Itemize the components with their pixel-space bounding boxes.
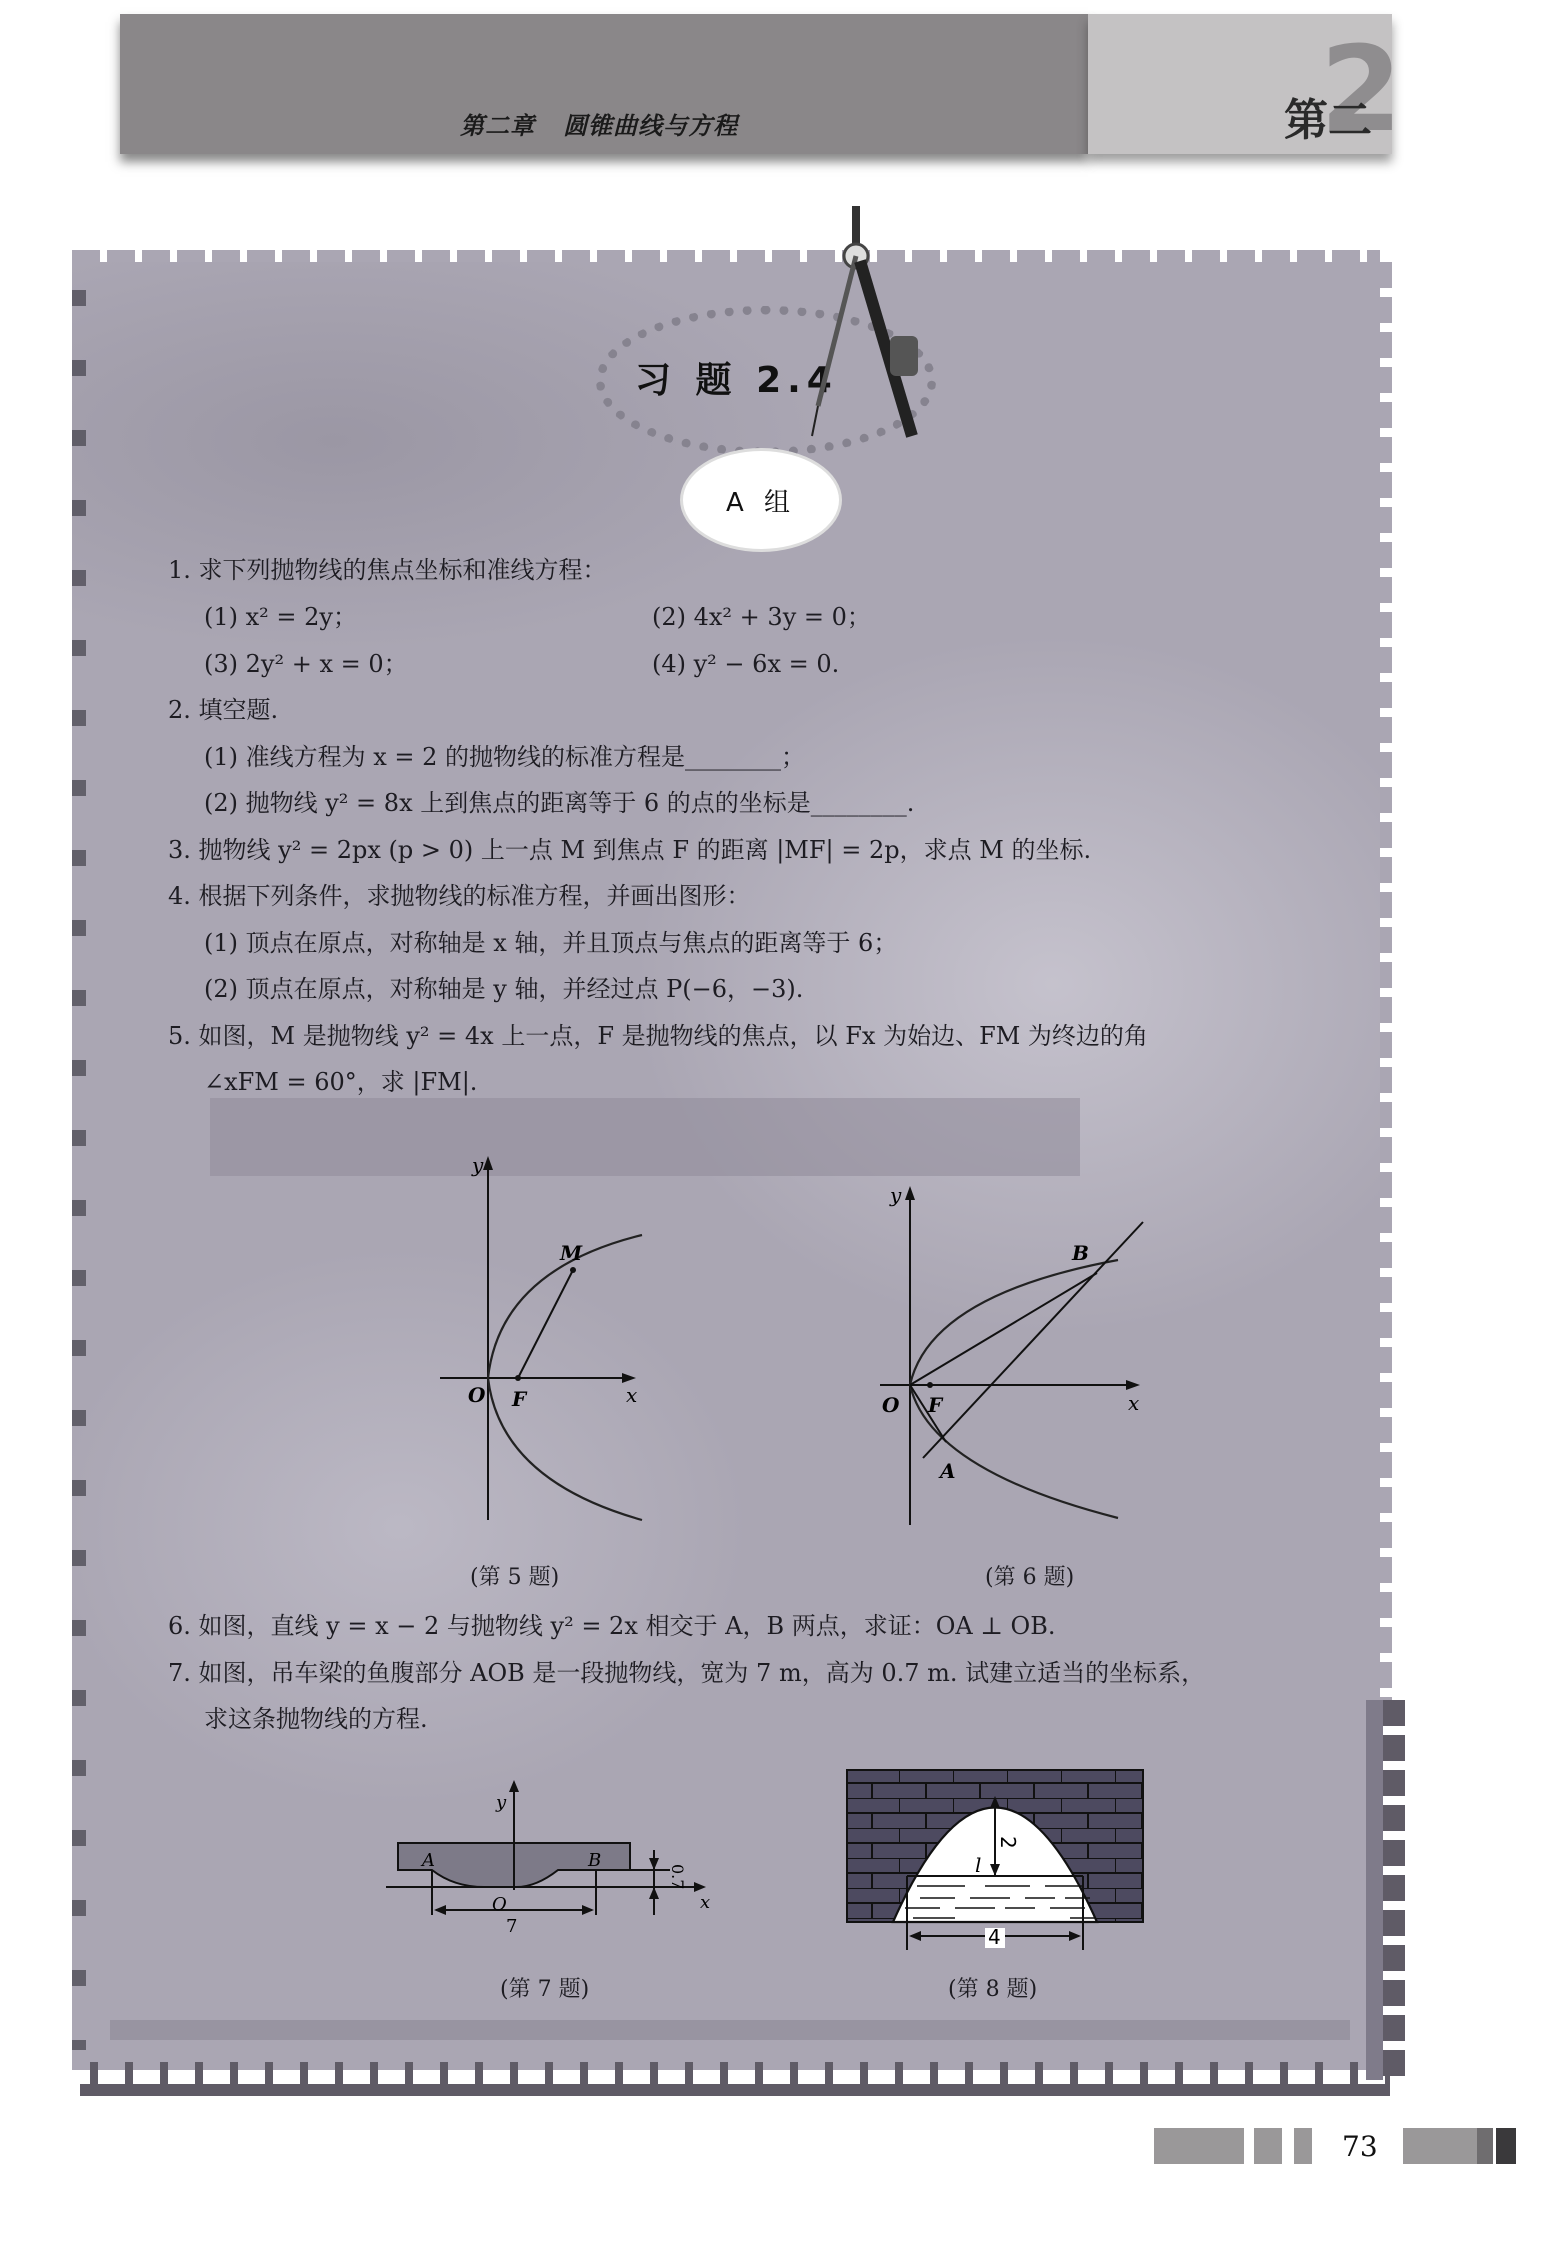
figure-7-caption: (第 7 题) bbox=[500, 1972, 589, 2003]
problem-6-stem: 6. 如图，直线 y = x − 2 与抛物线 y² = 2x 相交于 A，B … bbox=[168, 1614, 1056, 1638]
svg-text:B: B bbox=[1071, 1241, 1089, 1265]
svg-text:B: B bbox=[587, 1850, 601, 1871]
problem-1-stem: 1. 求下列抛物线的焦点坐标和准线方程： bbox=[168, 558, 607, 582]
figure-8-caption: (第 8 题) bbox=[948, 1972, 1037, 2003]
svg-text:2: 2 bbox=[996, 1836, 1020, 1849]
problem-2-part-1: (1) 准线方程为 x = 2 的抛物线的标准方程是________； bbox=[204, 745, 805, 769]
running-title: 第二章 圆锥曲线与方程 bbox=[460, 106, 738, 141]
figure-5-caption: (第 5 题) bbox=[470, 1560, 559, 1591]
panel-edge-top bbox=[72, 250, 1380, 262]
figure-8: l 2 4 bbox=[845, 1768, 1155, 1968]
svg-text:A: A bbox=[938, 1459, 956, 1483]
header-bar: 第二章 圆锥曲线与方程 bbox=[120, 14, 1088, 154]
svg-text:M: M bbox=[559, 1241, 583, 1265]
svg-text:F: F bbox=[511, 1387, 528, 1411]
svg-text:4: 4 bbox=[988, 1925, 1001, 1949]
page-number: 73 bbox=[1342, 2130, 1378, 2163]
panel-edge-bottom-bar bbox=[80, 2084, 1390, 2096]
bleed-through-text bbox=[110, 2020, 1350, 2040]
problem-3-stem: 3. 抛物线 y² = 2px (p > 0) 上一点 M 到焦点 F 的距离 … bbox=[168, 838, 1091, 862]
svg-text:O: O bbox=[882, 1393, 900, 1417]
problem-4-stem: 4. 根据下列条件，求抛物线的标准方程，并画出图形： bbox=[168, 884, 751, 908]
panel-edge-strip bbox=[1366, 1700, 1384, 2080]
problem-5-line-1: 5. 如图，M 是抛物线 y² = 4x 上一点，F 是抛物线的焦点，以 Fx … bbox=[168, 1024, 1148, 1048]
svg-text:x: x bbox=[1128, 1391, 1139, 1415]
problem-2-stem: 2. 填空题. bbox=[168, 698, 278, 722]
problem-5-line-2: ∠xFM = 60°，求 |FM|. bbox=[204, 1070, 477, 1094]
chapter-header: 第二章 圆锥曲线与方程 2 第二章 bbox=[120, 14, 1392, 160]
figure-6-caption: (第 6 题) bbox=[985, 1560, 1074, 1591]
svg-text:O: O bbox=[468, 1383, 486, 1407]
chapter-tab: 2 第二章 bbox=[1088, 14, 1392, 154]
svg-text:0.7: 0.7 bbox=[668, 1864, 687, 1889]
svg-text:x: x bbox=[700, 1892, 710, 1913]
footer-decor-block bbox=[1477, 2128, 1493, 2164]
svg-text:O: O bbox=[492, 1894, 507, 1915]
panel-edge-left bbox=[72, 290, 86, 2050]
svg-text:7: 7 bbox=[506, 1916, 517, 1937]
figure-6: y x O F A B bbox=[860, 1180, 1160, 1560]
problem-7-line-1: 7. 如图，吊车梁的鱼腹部分 AOB 是一段抛物线，宽为 7 m，高为 0.7 … bbox=[168, 1661, 1205, 1685]
problem-1-part-4: (4) y² − 6x = 0. bbox=[652, 652, 839, 676]
footer-decor-block bbox=[1254, 2128, 1282, 2164]
problem-1-part-1: (1) x² = 2y； bbox=[204, 605, 357, 629]
footer-decor-block bbox=[1294, 2128, 1312, 2164]
panel-edge-strip-teeth bbox=[1383, 1700, 1405, 2080]
footer-decor-block bbox=[1403, 2128, 1477, 2164]
figure-7: y x O A B 7 0.7 bbox=[380, 1780, 730, 1960]
problem-7-line-2: 求这条抛物线的方程. bbox=[204, 1707, 428, 1731]
chapter-label: 第二章 bbox=[1284, 84, 1392, 154]
problem-1-part-2: (2) 4x² + 3y = 0； bbox=[652, 605, 871, 629]
svg-text:y: y bbox=[471, 1153, 484, 1177]
group-label: A 组 bbox=[680, 448, 842, 552]
problem-2-part-2: (2) 抛物线 y² = 8x 上到焦点的距离等于 6 的点的坐标是______… bbox=[204, 791, 914, 815]
svg-text:y: y bbox=[889, 1183, 902, 1207]
svg-text:y: y bbox=[495, 1792, 507, 1813]
compass-icon bbox=[800, 206, 960, 446]
svg-text:A: A bbox=[420, 1850, 435, 1871]
problem-4-part-2: (2) 顶点在原点，对称轴是 y 轴，并经过点 P(−6，−3). bbox=[204, 977, 803, 1001]
problem-1-part-3: (3) 2y² + x = 0； bbox=[204, 652, 408, 676]
svg-text:x: x bbox=[626, 1383, 637, 1407]
panel-edge-right bbox=[1380, 262, 1392, 1762]
svg-text:F: F bbox=[927, 1393, 944, 1417]
footer-decor-block bbox=[1496, 2128, 1516, 2164]
figure-5: y x O F M bbox=[440, 1150, 760, 1540]
problem-4-part-1: (1) 顶点在原点，对称轴是 x 轴，并且顶点与焦点的距离等于 6； bbox=[204, 931, 897, 955]
footer-decor-block bbox=[1154, 2128, 1244, 2164]
svg-text:l: l bbox=[975, 1853, 981, 1877]
